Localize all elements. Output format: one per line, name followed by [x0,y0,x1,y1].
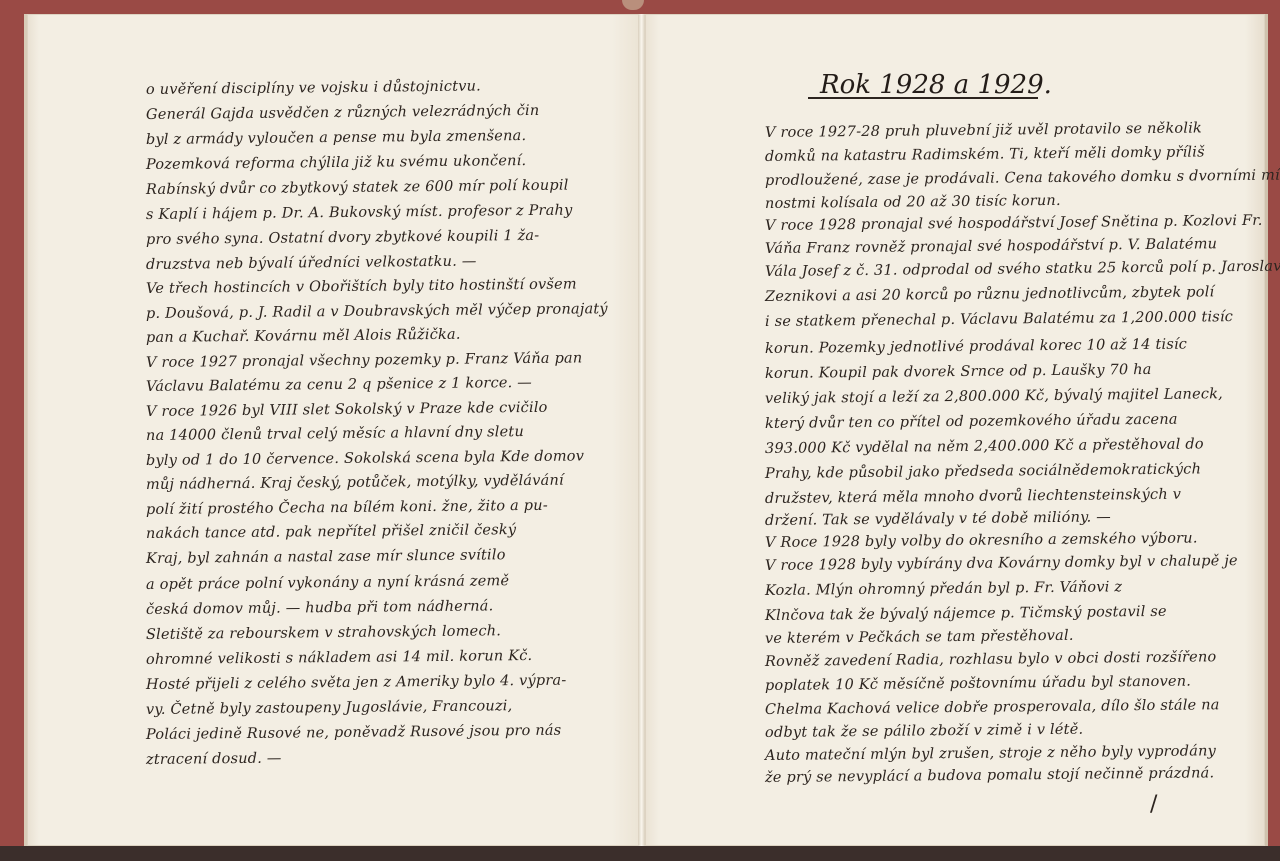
book-gutter [638,14,645,846]
end-mark: / [1150,792,1157,817]
right-line-4: nostmi kolísala od 20 až 30 tisíc korun. [765,193,1061,212]
left-line-28: ztracení dosud. — [146,751,282,768]
right-line-22: ve kterém v Pečkách se tam přestěhoval. [765,628,1074,647]
left-line-11: pan a Kuchař. Kovárnu měl Alois Růžička. [146,327,461,346]
page-title: Rok 1928 a 1929. [820,70,1052,100]
book-cover-edge [0,846,1280,861]
right-line-26: odbyt tak že se pálilo zboží v zimě i v … [765,722,1083,741]
title-underline [808,97,1038,99]
